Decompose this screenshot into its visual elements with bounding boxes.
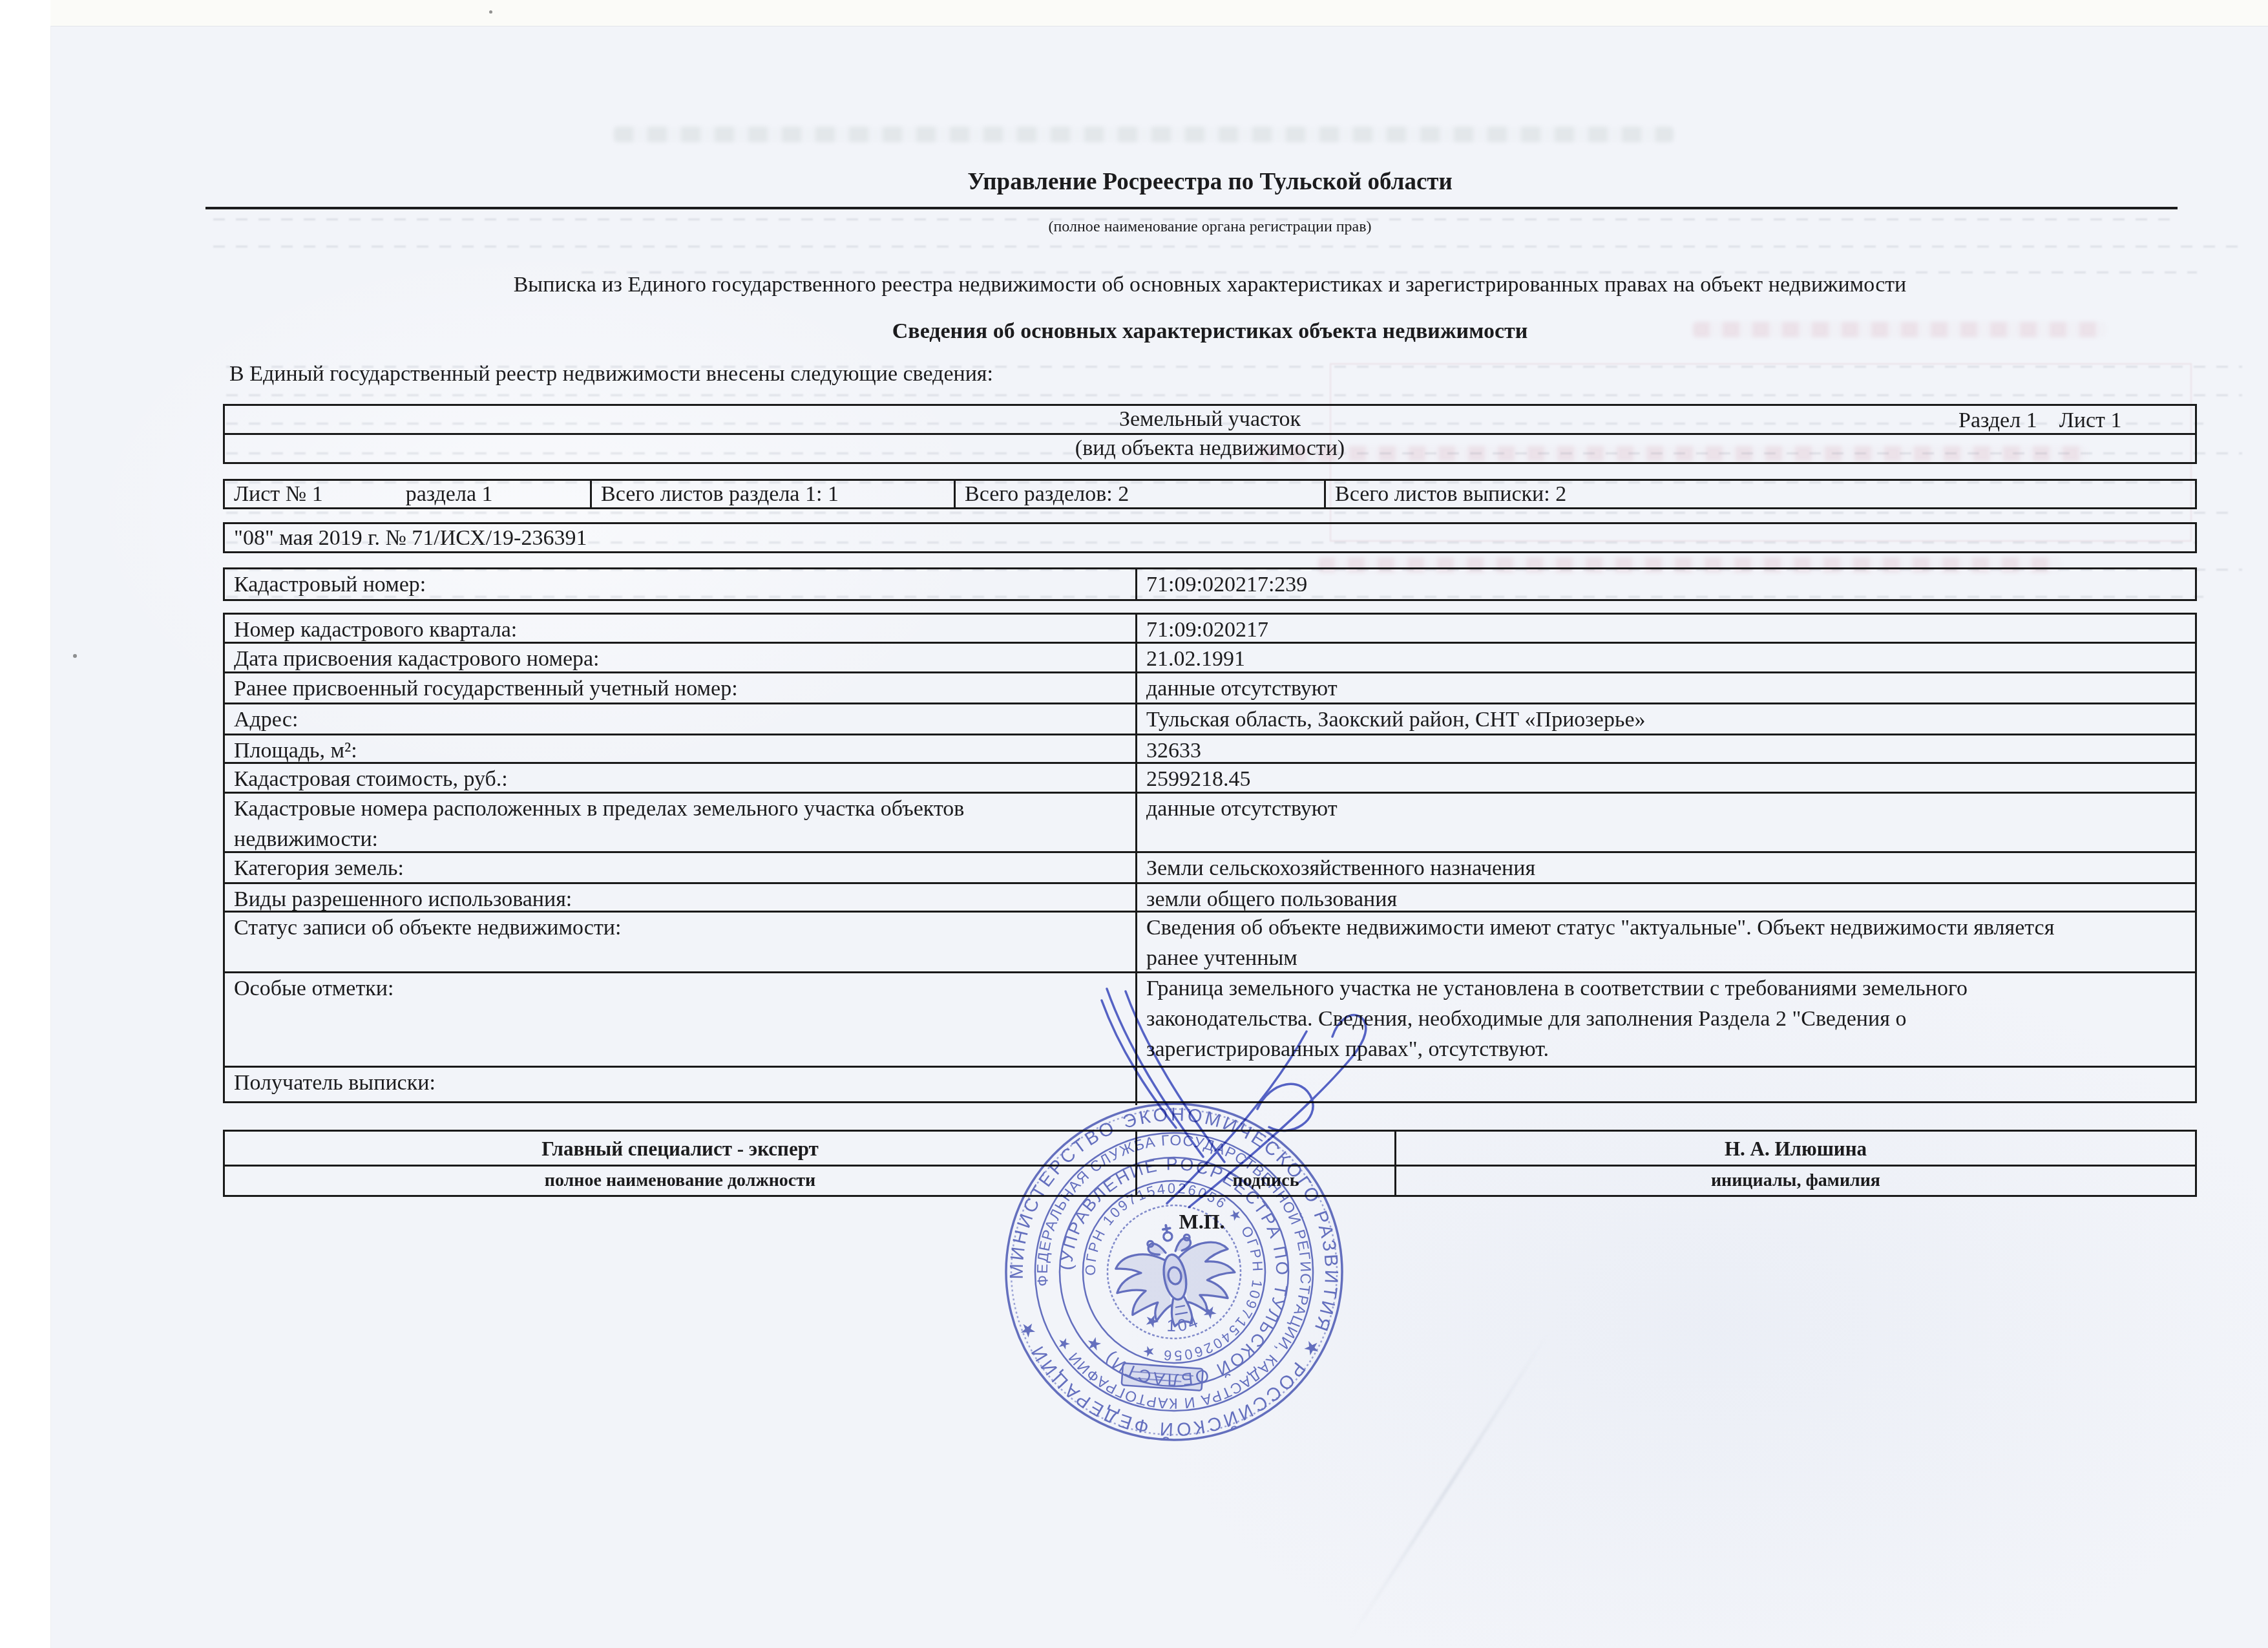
table-row: Категория земель: Земли сельскохозяйстве…	[225, 853, 2195, 884]
table-row: Дата присвоения кадастрового номера: 21.…	[225, 644, 2195, 673]
section-number: раздела 1	[406, 481, 493, 507]
row-label: Кадастровый номер:	[225, 569, 1137, 599]
intro-line: В Единый государственный реестр недвижим…	[229, 362, 993, 386]
row-label: Адрес:	[234, 704, 1067, 735]
row-value: данные отсутствуют	[1146, 673, 2090, 704]
row-label: Дата присвоения кадастрового номера:	[234, 644, 1067, 674]
object-type: Земельный участок	[225, 406, 2195, 435]
object-type-box: Земельный участок (вид объекта недвижимо…	[223, 404, 2197, 464]
row-label: Категория земель:	[234, 853, 1067, 883]
row-value: 2599218.45	[1146, 764, 2090, 794]
table-row: Площадь, м²: 32633	[225, 735, 2195, 764]
stamp-certificate-box	[1122, 1363, 1203, 1391]
date-number-line: "08" мая 2019 г. № 71/ИСХ/19-236391	[225, 524, 2195, 552]
row-value: 71:09:020217:239	[1137, 569, 2195, 599]
row-label: Статус записи об объекте недвижимости:	[234, 913, 1067, 943]
authority-name: Управление Росреестра по Тульской област…	[223, 168, 2197, 196]
sheet-counters-row: Лист № 1 раздела 1 Всего листов раздела …	[223, 479, 2197, 509]
row-value: 71:09:020217	[1146, 615, 2090, 645]
row-label: Кадастровые номера расположенных в преде…	[234, 794, 1067, 854]
row-label: Виды разрешенного использования:	[234, 884, 1067, 914]
row-label: Получатель выписки:	[234, 1068, 1067, 1098]
row-value: земли общего пользования	[1146, 884, 2090, 914]
row-label: Площадь, м²:	[234, 735, 1067, 766]
total-sheets-cell: Всего листов раздела 1: 1	[592, 481, 956, 507]
sheet-number: Лист № 1	[234, 481, 323, 507]
signer-name: Н. А. Илюшина	[1396, 1132, 2195, 1165]
row-label: Ранее присвоенный государственный учетны…	[234, 673, 1067, 704]
caption-name: инициалы, фамилия	[1396, 1167, 2195, 1195]
table-row: Виды разрешенного использования: земли о…	[225, 884, 2195, 913]
row-value: Тульская область, Заокский район, СНТ «П…	[1146, 704, 2090, 735]
document-subtitle: Сведения об основных характеристиках объ…	[223, 319, 2197, 344]
row-label: Номер кадастрового квартала:	[234, 615, 1067, 645]
row-value: данные отсутствуют	[1146, 794, 2090, 824]
cadastral-number-box: Кадастровый номер: 71:09:020217:239	[223, 567, 2197, 601]
table-row: Ранее присвоенный государственный учетны…	[225, 673, 2195, 704]
row-label: Особые отметки:	[234, 973, 1067, 1004]
object-type-caption: (вид объекта недвижимости)	[225, 435, 2195, 462]
total-sections-cell: Всего разделов: 2	[956, 481, 1326, 507]
row-label: Кадастровая стоимость, руб.:	[234, 764, 1067, 794]
total-extract-sheets-cell: Всего листов выписки: 2	[1326, 481, 2195, 507]
row-value: Земли сельскохозяйственного назначения	[1146, 853, 2090, 883]
row-value: 32633	[1146, 735, 2090, 766]
handwritten-signature	[1034, 918, 1486, 1257]
authority-caption: (полное наименование органа регистрации …	[223, 218, 2197, 236]
table-row: Кадастровые номера расположенных в преде…	[225, 794, 2195, 853]
table-row: Адрес: Тульская область, Заокский район,…	[225, 704, 2195, 735]
header-rule	[205, 207, 2178, 209]
sheet-number-cell: Лист № 1 раздела 1	[225, 481, 592, 507]
table-row: Номер кадастрового квартала: 71:09:02021…	[225, 615, 2195, 644]
scanned-document: Управление Росреестра по Тульской област…	[0, 0, 2268, 1648]
date-number-box: "08" мая 2019 г. № 71/ИСХ/19-236391	[223, 522, 2197, 553]
document-title: Выписка из Единого государственного реес…	[223, 273, 2197, 297]
row-value: 21.02.1991	[1146, 644, 2090, 674]
table-row: Кадастровая стоимость, руб.: 2599218.45	[225, 764, 2195, 794]
